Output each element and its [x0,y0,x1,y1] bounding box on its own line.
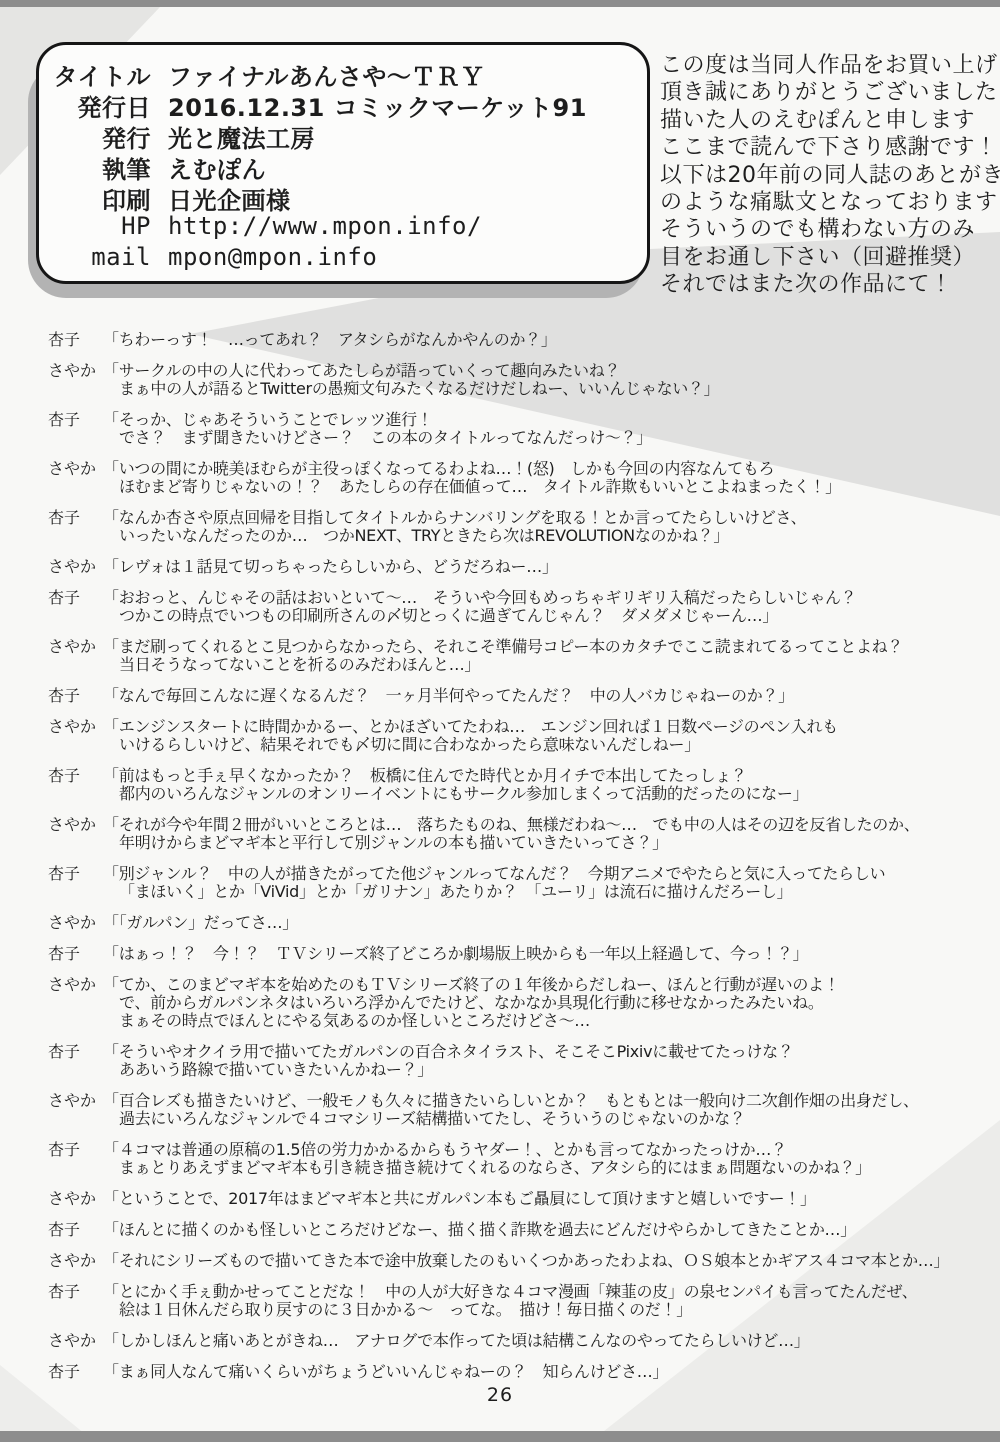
dialogue-line: 「「ガルパン」だってさ…」 [103,914,978,932]
speaker-name: さやか [48,558,103,576]
dialogue-lines: 「なんか杏さや原点回帰を目指してタイトルからナンバリングを取る！とか言ってたらし… [103,509,978,545]
info-row-publisher: 発行 光と魔法工房 [51,119,647,150]
greeting-line: 以下は20年前の同人誌のあとがき [660,162,992,189]
speaker-name: さやか [48,816,103,852]
dialogue-lines: 「しかしほんと痛いあとがきね… アナログで本作ってた頃は結構こんなのやってたらし… [103,1332,978,1350]
info-value: 2016.12.31 コミックマーケット91 [168,88,587,123]
dialogue-entry: 杏子 「おおっと、んじゃその話はおいといて～… そういや今回もめっちゃギリギリ入… [48,589,978,625]
greeting-line: 頂き誠にありがとうございました [660,79,992,106]
dialogue-line: でさ？ まず聞きたいけどさー？ この本のタイトルってなんだっけ～？」 [119,429,978,447]
top-edge-strip [0,0,1000,7]
dialogue-line: 「それにシリーズもので描いてきた本で途中放棄したのもいくつかあったわよね、ＯＳ娘… [103,1252,978,1270]
speaker-name: さやか [48,718,103,754]
speaker-name: さやか [48,914,103,932]
page-number: 26 [0,1384,1000,1406]
dialogue-entry: 杏子 「ちわーっす！ …ってあれ？ アタシらがなんかやんのか？」 [48,331,978,349]
dialogue-entry: 杏子 「とにかく手ぇ動かせってことだな！ 中の人が大好きな４コマ漫画「辣韮の皮」… [48,1283,978,1319]
dialogue-lines: 「なんで毎回こんなに遅くなるんだ？ 一ヶ月半何やってたんだ？ 中の人バカじゃねー… [103,687,978,705]
speaker-name: 杏子 [48,589,103,625]
speaker-name: さやか [48,1092,103,1128]
dialogue-entry: さやか 「しかしほんと痛いあとがきね… アナログで本作ってた頃は結構こんなのやっ… [48,1332,978,1350]
dialogue-line: 都内のいろんなジャンルのオンリーイベントにもサークル参加しまくって活動的だったの… [119,785,978,803]
dialogue-lines: 「４コマは普通の原稿の1.5倍の労力かかるからもうヤダー！、とかも言ってなかった… [103,1141,978,1177]
dialogue-lines: 「そっか、じゃあそういうことでレッツ進行！でさ？ まず聞きたいけどさー？ この本… [103,411,978,447]
dialogue-entry: さやか 「レヴォは１話見て切っちゃったらしいから、どうだろねー…」 [48,558,978,576]
dialogue-line: 絵は１日休んだら取り戻すのに３日かかる～ ってな。 描け！毎日描くのだ！」 [119,1301,978,1319]
dialogue-lines: 「まぁ同人なんて痛いくらいがちょうどいいんじゃねーの？ 知らんけどさ…」 [103,1363,978,1381]
dialogue-entry: 杏子 「なんで毎回こんなに遅くなるんだ？ 一ヶ月半何やってたんだ？ 中の人バカじ… [48,687,978,705]
dialogue-entry: 杏子 「別ジャンル？ 中の人が描きたがってた他ジャンルってなんだ？ 今期アニメで… [48,865,978,901]
dialogue-line: ほむまど寄りじゃないの！？ あたしらの存在価値って… タイトル詐欺もいいとこよね… [119,478,978,496]
dialogue-lines: 「そういやオクイラ用で描いてたガルパンの百合ネタイラスト、そこそこPixivに載… [103,1043,978,1079]
dialogue-line: ああいう路線で描いていきたいんかねー？」 [119,1061,978,1079]
info-value: 光と魔法工房 [168,119,315,154]
dialogue-line: 「しかしほんと痛いあとがきね… アナログで本作ってた頃は結構こんなのやってたらし… [103,1332,978,1350]
dialogue-line: 「４コマは普通の原稿の1.5倍の労力かかるからもうヤダー！、とかも言ってなかった… [103,1141,978,1159]
dialogue-entry: さやか 「エンジンスタートに時間かかるー、とかほざいてたわね… エンジン回れば１… [48,718,978,754]
dialogue-line: 「なんか杏さや原点回帰を目指してタイトルからナンバリングを取る！とか言ってたらし… [103,509,978,527]
dialogue-entry: 杏子 「はぁっ！？ 今！？ ＴＶシリーズ終了どころか劇場版上映からも一年以上経過… [48,945,978,963]
speaker-name: 杏子 [48,1283,103,1319]
dialogue-line: 「てか、このまどマギ本を始めたのもＴＶシリーズ終了の１年後からだしねー、ほんと行… [103,976,978,994]
dialogue-lines: 「別ジャンル？ 中の人が描きたがってた他ジャンルってなんだ？ 今期アニメでやたら… [103,865,978,901]
speaker-name: さやか [48,1332,103,1350]
speaker-name: 杏子 [48,509,103,545]
info-row-printer: 印刷 日光企画様 [51,181,647,212]
dialogue-entry: 杏子 「４コマは普通の原稿の1.5倍の労力かかるからもうヤダー！、とかも言ってな… [48,1141,978,1177]
dialogue-line: 「前はもっと手ぇ早くなかったか？ 板橋に住んでた時代とか月イチで本出してたっしょ… [103,767,978,785]
info-label: 印刷 [51,181,151,216]
bottom-edge-strip [0,1431,1000,1442]
dialogue-lines: 「百合レズも描きたいけど、一般モノも久々に描きたいらしいとか？ もともとは一般向… [103,1092,978,1128]
info-row-mail: mail mpon@mpon.info [51,243,647,274]
dialogue-line: まぁとりあえずまどマギ本も引き続き描き続けてくれるのならさ、アタシら的にはまぁ問… [119,1159,978,1177]
dialogue-line: 「そういやオクイラ用で描いてたガルパンの百合ネタイラスト、そこそこPixivに載… [103,1043,978,1061]
dialogue-entry: さやか 「てか、このまどマギ本を始めたのもＴＶシリーズ終了の１年後からだしねー、… [48,976,978,1030]
dialogue-line: 「ほんとに描くのかも怪しいところだけどなー、描く描く詐欺を過去にどんだけやらかし… [103,1221,978,1239]
greeting-line: そういうのでも構わない方のみ [660,216,992,243]
speaker-name: 杏子 [48,687,103,705]
info-label: mail [51,243,151,271]
info-row-title: タイトル ファイナルあんさや～ＴＲＹ [51,57,647,88]
dialogue-lines: 「それにシリーズもので描いてきた本で途中放棄したのもいくつかあったわよね、ＯＳ娘… [103,1252,978,1270]
info-label: 執筆 [51,150,151,185]
speaker-name: 杏子 [48,1141,103,1177]
dialogue-lines: 「ちわーっす！ …ってあれ？ アタシらがなんかやんのか？」 [103,331,978,349]
dialogue-line: 「はぁっ！？ 今！？ ＴＶシリーズ終了どころか劇場版上映からも一年以上経過して、… [103,945,978,963]
speaker-name: 杏子 [48,1221,103,1239]
dialogue-lines: 「ほんとに描くのかも怪しいところだけどなー、描く描く詐欺を過去にどんだけやらかし… [103,1221,978,1239]
homepage-url: http://www.mpon.info/ [168,212,482,240]
dialogue-line: 過去にいろんなジャンルで４コマシリーズ結構描いてたし、そういうのじゃないのかな？ [119,1110,978,1128]
speaker-name: 杏子 [48,1043,103,1079]
dialogue-line: 「まだ刷ってくれるとこ見つからなかったら、それこそ準備号コピー本のカタチでここ読… [103,638,978,656]
dialogue-lines: 「サークルの中の人に代わってあたしらが語っていくって趣向みたいね？まぁ中の人が語… [103,362,978,398]
info-value: 日光企画様 [168,181,291,216]
dialogue-line: 年明けからまどマギ本と平行して別ジャンルの本も描いていきたいってさ？」 [119,834,978,852]
dialogue-entry: 杏子 「ほんとに描くのかも怪しいところだけどなー、描く描く詐欺を過去にどんだけや… [48,1221,978,1239]
dialogue-entry: さやか 「ということで、2017年はまどマギ本と共にガルパン本もご贔屓にして頂け… [48,1190,978,1208]
info-label: 発行 [51,119,151,154]
info-label: タイトル [51,57,151,92]
info-row-homepage: HP http://www.mpon.info/ [51,212,647,243]
speaker-name: 杏子 [48,865,103,901]
dialogue-lines: 「いつの間にか暁美ほむらが主役っぽくなってるわよね…！(怒) しかも今回の内容な… [103,460,978,496]
dialogue-entry: さやか 「サークルの中の人に代わってあたしらが語っていくって趣向みたいね？まぁ中… [48,362,978,398]
dialogue-line: 「別ジャンル？ 中の人が描きたがってた他ジャンルってなんだ？ 今期アニメでやたら… [103,865,978,883]
info-value: えむぽん [168,150,266,185]
dialogue-line: いったいなんだったのか… つかNEXT、TRYときたら次はREVOLUTIONな… [119,527,978,545]
dialogue-line: 「まぁ同人なんて痛いくらいがちょうどいいんじゃねーの？ 知らんけどさ…」 [103,1363,978,1381]
dialogue-lines: 「レヴォは１話見て切っちゃったらしいから、どうだろねー…」 [103,558,978,576]
greeting-line: 描いた人のえむぽんと申します [660,107,992,134]
dialogue-entry: さやか 「それにシリーズもので描いてきた本で途中放棄したのもいくつかあったわよね… [48,1252,978,1270]
dialogue-entry: さやか 「いつの間にか暁美ほむらが主役っぽくなってるわよね…！(怒) しかも今回… [48,460,978,496]
greeting-text: この度は当同人作品をお買い上げ 頂き誠にありがとうございました 描いた人のえむぽ… [660,52,992,299]
speaker-name: さやか [48,638,103,674]
greeting-line: のような痛駄文となっております [660,189,992,216]
dialogue-list: 杏子 「ちわーっす！ …ってあれ？ アタシらがなんかやんのか？」 さやか 「サー… [48,331,978,1394]
dialogue-entry: 杏子 「なんか杏さや原点回帰を目指してタイトルからナンバリングを取る！とか言って… [48,509,978,545]
dialogue-line: つかこの時点でいつもの印刷所さんの〆切とっくに過ぎてんじゃん？ ダメダメじゃーん… [119,607,978,625]
dialogue-line: 「レヴォは１話見て切っちゃったらしいから、どうだろねー…」 [103,558,978,576]
dialogue-line: 「おおっと、んじゃその話はおいといて～… そういや今回もめっちゃギリギリ入稿だっ… [103,589,978,607]
speaker-name: さやか [48,362,103,398]
dialogue-lines: 「まだ刷ってくれるとこ見つからなかったら、それこそ準備号コピー本のカタチでここ読… [103,638,978,674]
info-row-author: 執筆 えむぽん [51,150,647,181]
speaker-name: 杏子 [48,1363,103,1381]
greeting-line: この度は当同人作品をお買い上げ [660,52,992,79]
speaker-name: 杏子 [48,767,103,803]
speaker-name: さやか [48,460,103,496]
dialogue-line: いけるらしいけど、結果それでも〆切に間に合わなかったら意味ないんだしねー」 [119,736,978,754]
dialogue-entry: さやか 「百合レズも描きたいけど、一般モノも久々に描きたいらしいとか？ もともと… [48,1092,978,1128]
dialogue-line: まぁ中の人が語るとTwitterの愚痴文句みたくなるだけだしねー、いいんじゃない… [119,380,978,398]
dialogue-line: 「ということで、2017年はまどマギ本と共にガルパン本もご贔屓にして頂けますと嬉… [103,1190,978,1208]
greeting-line: ここまで読んで下さり感謝です！ [660,134,992,161]
dialogue-line: 「いつの間にか暁美ほむらが主役っぽくなってるわよね…！(怒) しかも今回の内容な… [103,460,978,478]
dialogue-lines: 「「ガルパン」だってさ…」 [103,914,978,932]
dialogue-line: まぁその時点でほんとにやる気あるのか怪しいところだけどさ～… [119,1012,978,1030]
dialogue-line: で、前からガルパンネタはいろいろ浮かんでたけど、なかなか具現化行動に移せなかった… [119,994,978,1012]
dialogue-lines: 「エンジンスタートに時間かかるー、とかほざいてたわね… エンジン回れば１日数ペー… [103,718,978,754]
info-label: 発行日 [51,88,151,123]
dialogue-entry: 杏子 「そっか、じゃあそういうことでレッツ進行！でさ？ まず聞きたいけどさー？ … [48,411,978,447]
dialogue-line: 「サークルの中の人に代わってあたしらが語っていくって趣向みたいね？ [103,362,978,380]
dialogue-entry: 杏子 「まぁ同人なんて痛いくらいがちょうどいいんじゃねーの？ 知らんけどさ…」 [48,1363,978,1381]
dialogue-lines: 「前はもっと手ぇ早くなかったか？ 板橋に住んでた時代とか月イチで本出してたっしょ… [103,767,978,803]
dialogue-entry: 杏子 「そういやオクイラ用で描いてたガルパンの百合ネタイラスト、そこそこPixi… [48,1043,978,1079]
dialogue-entry: さやか 「それが今や年間２冊がいいところとは… 落ちたものね、無様だわね～… で… [48,816,978,852]
info-label: HP [51,212,151,240]
info-box: タイトル ファイナルあんさや～ＴＲＹ 発行日 2016.12.31 コミックマー… [36,42,650,284]
dialogue-line: 「百合レズも描きたいけど、一般モノも久々に描きたいらしいとか？ もともとは一般向… [103,1092,978,1110]
speaker-name: 杏子 [48,945,103,963]
speaker-name: 杏子 [48,331,103,349]
speaker-name: さやか [48,1190,103,1208]
greeting-line: それではまた次の作品にて！ [660,271,992,298]
dialogue-line: 「とにかく手ぇ動かせってことだな！ 中の人が大好きな４コマ漫画「辣韮の皮」の泉セ… [103,1283,978,1301]
dialogue-line: 「まほいく」とか「ViVid」とか「ガリナン」あたりか？ 「ユーリ」は流石に描け… [119,883,978,901]
dialogue-entry: 杏子 「前はもっと手ぇ早くなかったか？ 板橋に住んでた時代とか月イチで本出してた… [48,767,978,803]
mail-address: mpon@mpon.info [168,243,377,271]
dialogue-lines: 「はぁっ！？ 今！？ ＴＶシリーズ終了どころか劇場版上映からも一年以上経過して、… [103,945,978,963]
speaker-name: 杏子 [48,411,103,447]
dialogue-entry: さやか 「まだ刷ってくれるとこ見つからなかったら、それこそ準備号コピー本のカタチ… [48,638,978,674]
dialogue-lines: 「ということで、2017年はまどマギ本と共にガルパン本もご贔屓にして頂けますと嬉… [103,1190,978,1208]
greeting-line: 目をお通し下さい（回避推奨） [660,244,992,271]
dialogue-line: 「それが今や年間２冊がいいところとは… 落ちたものね、無様だわね～… でも中の人… [103,816,978,834]
speaker-name: さやか [48,1252,103,1270]
speaker-name: さやか [48,976,103,1030]
dialogue-lines: 「それが今や年間２冊がいいところとは… 落ちたものね、無様だわね～… でも中の人… [103,816,978,852]
info-row-date: 発行日 2016.12.31 コミックマーケット91 [51,88,647,119]
scanned-afterword-page: タイトル ファイナルあんさや～ＴＲＹ 発行日 2016.12.31 コミックマー… [0,0,1000,1442]
dialogue-lines: 「とにかく手ぇ動かせってことだな！ 中の人が大好きな４コマ漫画「辣韮の皮」の泉セ… [103,1283,978,1319]
dialogue-line: 「エンジンスタートに時間かかるー、とかほざいてたわね… エンジン回れば１日数ペー… [103,718,978,736]
dialogue-line: 当日そうなってないことを祈るのみだわほんと…」 [119,656,978,674]
info-value: ファイナルあんさや～ＴＲＹ [168,57,485,92]
dialogue-line: 「そっか、じゃあそういうことでレッツ進行！ [103,411,978,429]
dialogue-line: 「ちわーっす！ …ってあれ？ アタシらがなんかやんのか？」 [103,331,978,349]
dialogue-line: 「なんで毎回こんなに遅くなるんだ？ 一ヶ月半何やってたんだ？ 中の人バカじゃねー… [103,687,978,705]
dialogue-entry: さやか 「「ガルパン」だってさ…」 [48,914,978,932]
dialogue-lines: 「おおっと、んじゃその話はおいといて～… そういや今回もめっちゃギリギリ入稿だっ… [103,589,978,625]
dialogue-lines: 「てか、このまどマギ本を始めたのもＴＶシリーズ終了の１年後からだしねー、ほんと行… [103,976,978,1030]
